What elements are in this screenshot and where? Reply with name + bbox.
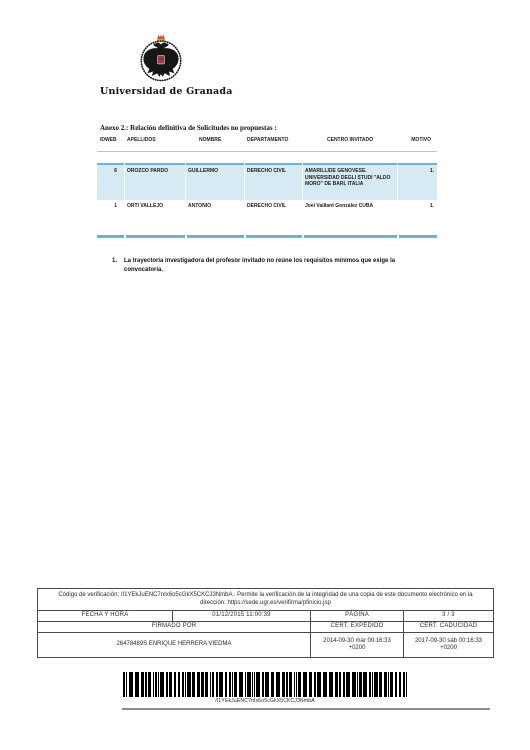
table-header-row: IDWEB APELLIDOS NOMBRE DEPARTAMENTO CENT… <box>97 137 437 143</box>
cell-nombre: ANTONIO <box>186 200 244 233</box>
cell-motivo: 1. <box>398 163 437 200</box>
table-row: 6 OROZCO PARDO GUILLERMO DERECHO CIVIL A… <box>97 163 437 200</box>
barcode-label: /I1YEkJuENC7nIx6o5cGkX5CKCJ3NmbA <box>123 698 407 704</box>
table-bottom-rule <box>97 235 437 238</box>
table-header-nombre: NOMBRE <box>186 137 244 143</box>
table-header-centro-invitado: CENTRO INVITADO <box>303 137 397 143</box>
cell-centro-invitado: Joel Vaillant González CUBA <box>303 200 397 233</box>
university-name: Universidad de Granada <box>100 86 222 97</box>
document-title: Anexo 2.: Relación definitiva de Solicit… <box>100 124 277 132</box>
pagina-label: PÁGINA <box>311 611 404 622</box>
barcode <box>123 672 407 697</box>
table-header-motivo: MOTIVO <box>398 137 437 143</box>
footnote-number: 1. <box>112 257 124 274</box>
verification-box: Código de verificación: /I1YEkJuENC7nIx6… <box>37 588 494 658</box>
firmado-por-value: 26478489S ENRIQUE HERRERA VIEDMA <box>38 633 311 658</box>
barcode-block: /I1YEkJuENC7nIx6o5cGkX5CKCJ3NmbA <box>123 672 407 704</box>
table-row: 1 ORTI VALLEJO ANTONIO DERECHO CIVIL Joe… <box>97 200 437 233</box>
footnote: 1. La trayectoria investigadora del prof… <box>112 257 418 274</box>
cert-expedido-label: CERT. EXPEDIDO <box>311 622 404 633</box>
fecha-hora-value: 01/12/2015 11:00:39 <box>173 611 311 622</box>
university-logo: Universidad de Granada <box>100 33 222 97</box>
footnote-text: La trayectoria investigadora del profeso… <box>124 257 418 274</box>
cell-nombre: GUILLERMO <box>186 163 244 200</box>
cell-apellidos: OROZCO PARDO <box>125 163 185 200</box>
cell-centro-invitado: AMARILLIDE GENOVESE. UNIVERSIDAD DEGLI S… <box>303 163 397 200</box>
cell-idweb: 6 <box>97 163 124 200</box>
cell-departamento: DERECHO CIVIL <box>245 163 302 200</box>
table-header-apellidos: APELLIDOS <box>125 137 185 143</box>
pagina-value: 3 / 3 <box>404 611 494 622</box>
cell-idweb: 1 <box>97 200 124 233</box>
cert-caducidad-value: 2017-09-30 sáb 00:16:33 +0200 <box>404 633 494 658</box>
table-header-departamento: DEPARTAMENTO <box>245 137 302 143</box>
table-header-rule <box>97 151 437 152</box>
footer-rule <box>122 708 490 710</box>
cell-departamento: DERECHO CIVIL <box>245 200 302 233</box>
fecha-hora-label: FECHA Y HORA <box>38 611 173 622</box>
document-page: Universidad de Granada Anexo 2.: Relació… <box>0 0 530 750</box>
verification-code-line: Código de verificación: /I1YEkJuENC7nIx6… <box>38 589 494 611</box>
university-crest-icon <box>134 33 188 85</box>
table-header-idweb: IDWEB <box>97 137 124 143</box>
firmado-por-label: FIRMADO POR <box>38 622 311 633</box>
cert-caducidad-label: CERT. CADUCIDAD <box>404 622 494 633</box>
cell-motivo: 1. <box>398 200 437 233</box>
cert-expedido-value: 2014-09-30 mar 00:16:33 +0200 <box>311 633 404 658</box>
cell-apellidos: ORTI VALLEJO <box>125 200 185 233</box>
